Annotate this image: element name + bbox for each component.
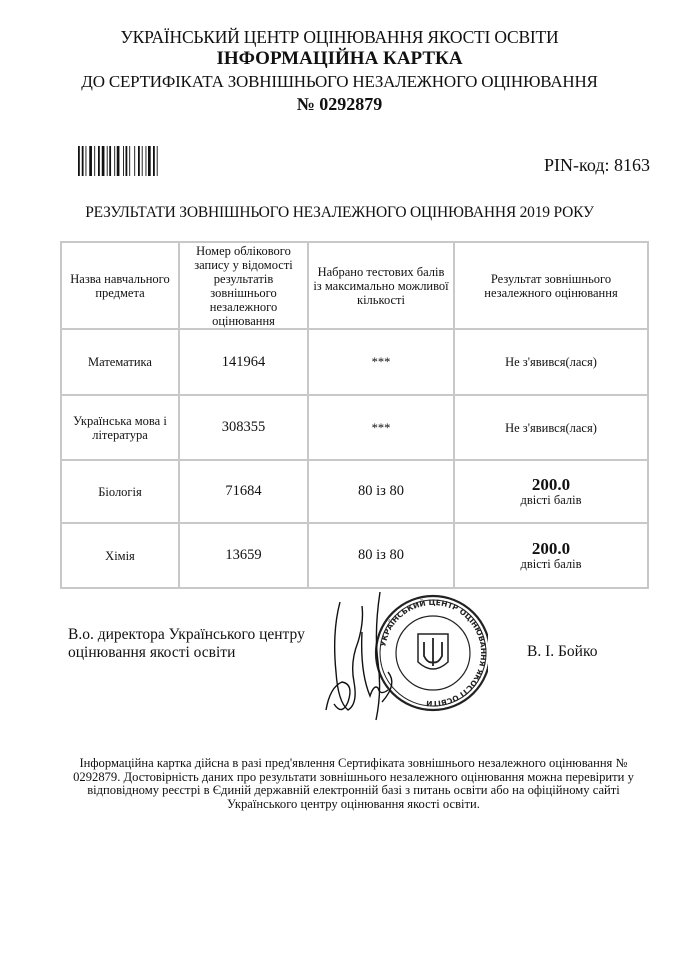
signature-and-stamp-icon: УКРАЇНСЬКИЙ ЦЕНТР ОЦІНЮВАННЯ ЯКОСТІ ОСВІ… [318,592,488,722]
subject-cell: Хімія [61,523,179,588]
document-title: ІНФОРМАЦІЙНА КАРТКА [0,48,679,70]
record-cell: 141964 [179,329,308,395]
trident-emblem-icon [418,634,448,669]
certificate-number: № 0292879 [0,94,679,115]
table-row: Хімія 13659 80 із 80 200.0 двісті балів [61,523,648,588]
points-cell: *** [308,395,454,460]
signature-scribble-icon [326,592,392,720]
table-row: Українська мова і література 308355 *** … [61,395,648,460]
subject-cell: Українська мова і література [61,395,179,460]
score-value: 200.0 [459,540,643,557]
result-cell: Не з'явився(лася) [454,329,648,395]
result-cell: 200.0 двісті балів [454,523,648,588]
signatory-position-line1: В.о. директора Українського центру [68,626,305,644]
score-value: 200.0 [459,476,643,493]
signatory-name: В. І. Бойко [527,643,597,661]
column-header-record: Номер облікового запису у відомості резу… [179,242,308,329]
document-subtitle: ДО СЕРТИФІКАТА ЗОВНІШНЬОГО НЕЗАЛЕЖНОГО О… [0,72,679,92]
subject-cell: Математика [61,329,179,395]
record-cell: 308355 [179,395,308,460]
subject-cell: Біологія [61,460,179,523]
points-cell: 80 із 80 [308,523,454,588]
stamp-icon [376,596,488,710]
column-header-subject: Назва навчального предмета [61,242,179,329]
record-cell: 13659 [179,523,308,588]
pin-code: PIN-код: 8163 [525,155,650,176]
results-title: РЕЗУЛЬТАТИ ЗОВНІШНЬОГО НЕЗАЛЕЖНОГО ОЦІНЮ… [0,204,679,222]
score-words: двісті балів [459,557,643,571]
record-cell: 71684 [179,460,308,523]
barcode-icon [78,146,182,176]
validity-footnote: Інформаційна картка дійсна в разі пред'я… [60,757,647,811]
points-cell: *** [308,329,454,395]
result-cell: 200.0 двісті балів [454,460,648,523]
table-header-row: Назва навчального предмета Номер обліков… [61,242,648,329]
table-row: Біологія 71684 80 із 80 200.0 двісті бал… [61,460,648,523]
score-words: двісті балів [459,493,643,507]
signatory-position-line2: оцінювання якості освіти [68,644,305,662]
column-header-result: Результат зовнішнього незалежного оцінюв… [454,242,648,329]
organization-name: УКРАЇНСЬКИЙ ЦЕНТР ОЦІНЮВАННЯ ЯКОСТІ ОСВІ… [0,27,679,48]
column-header-points: Набрано тестових балів із максимально мо… [308,242,454,329]
result-cell: Не з'явився(лася) [454,395,648,460]
signatory-position: В.о. директора Українського центру оціню… [68,626,305,662]
points-cell: 80 із 80 [308,460,454,523]
table-row: Математика 141964 *** Не з'явився(лася) [61,329,648,395]
results-table: Назва навчального предмета Номер обліков… [60,241,649,589]
